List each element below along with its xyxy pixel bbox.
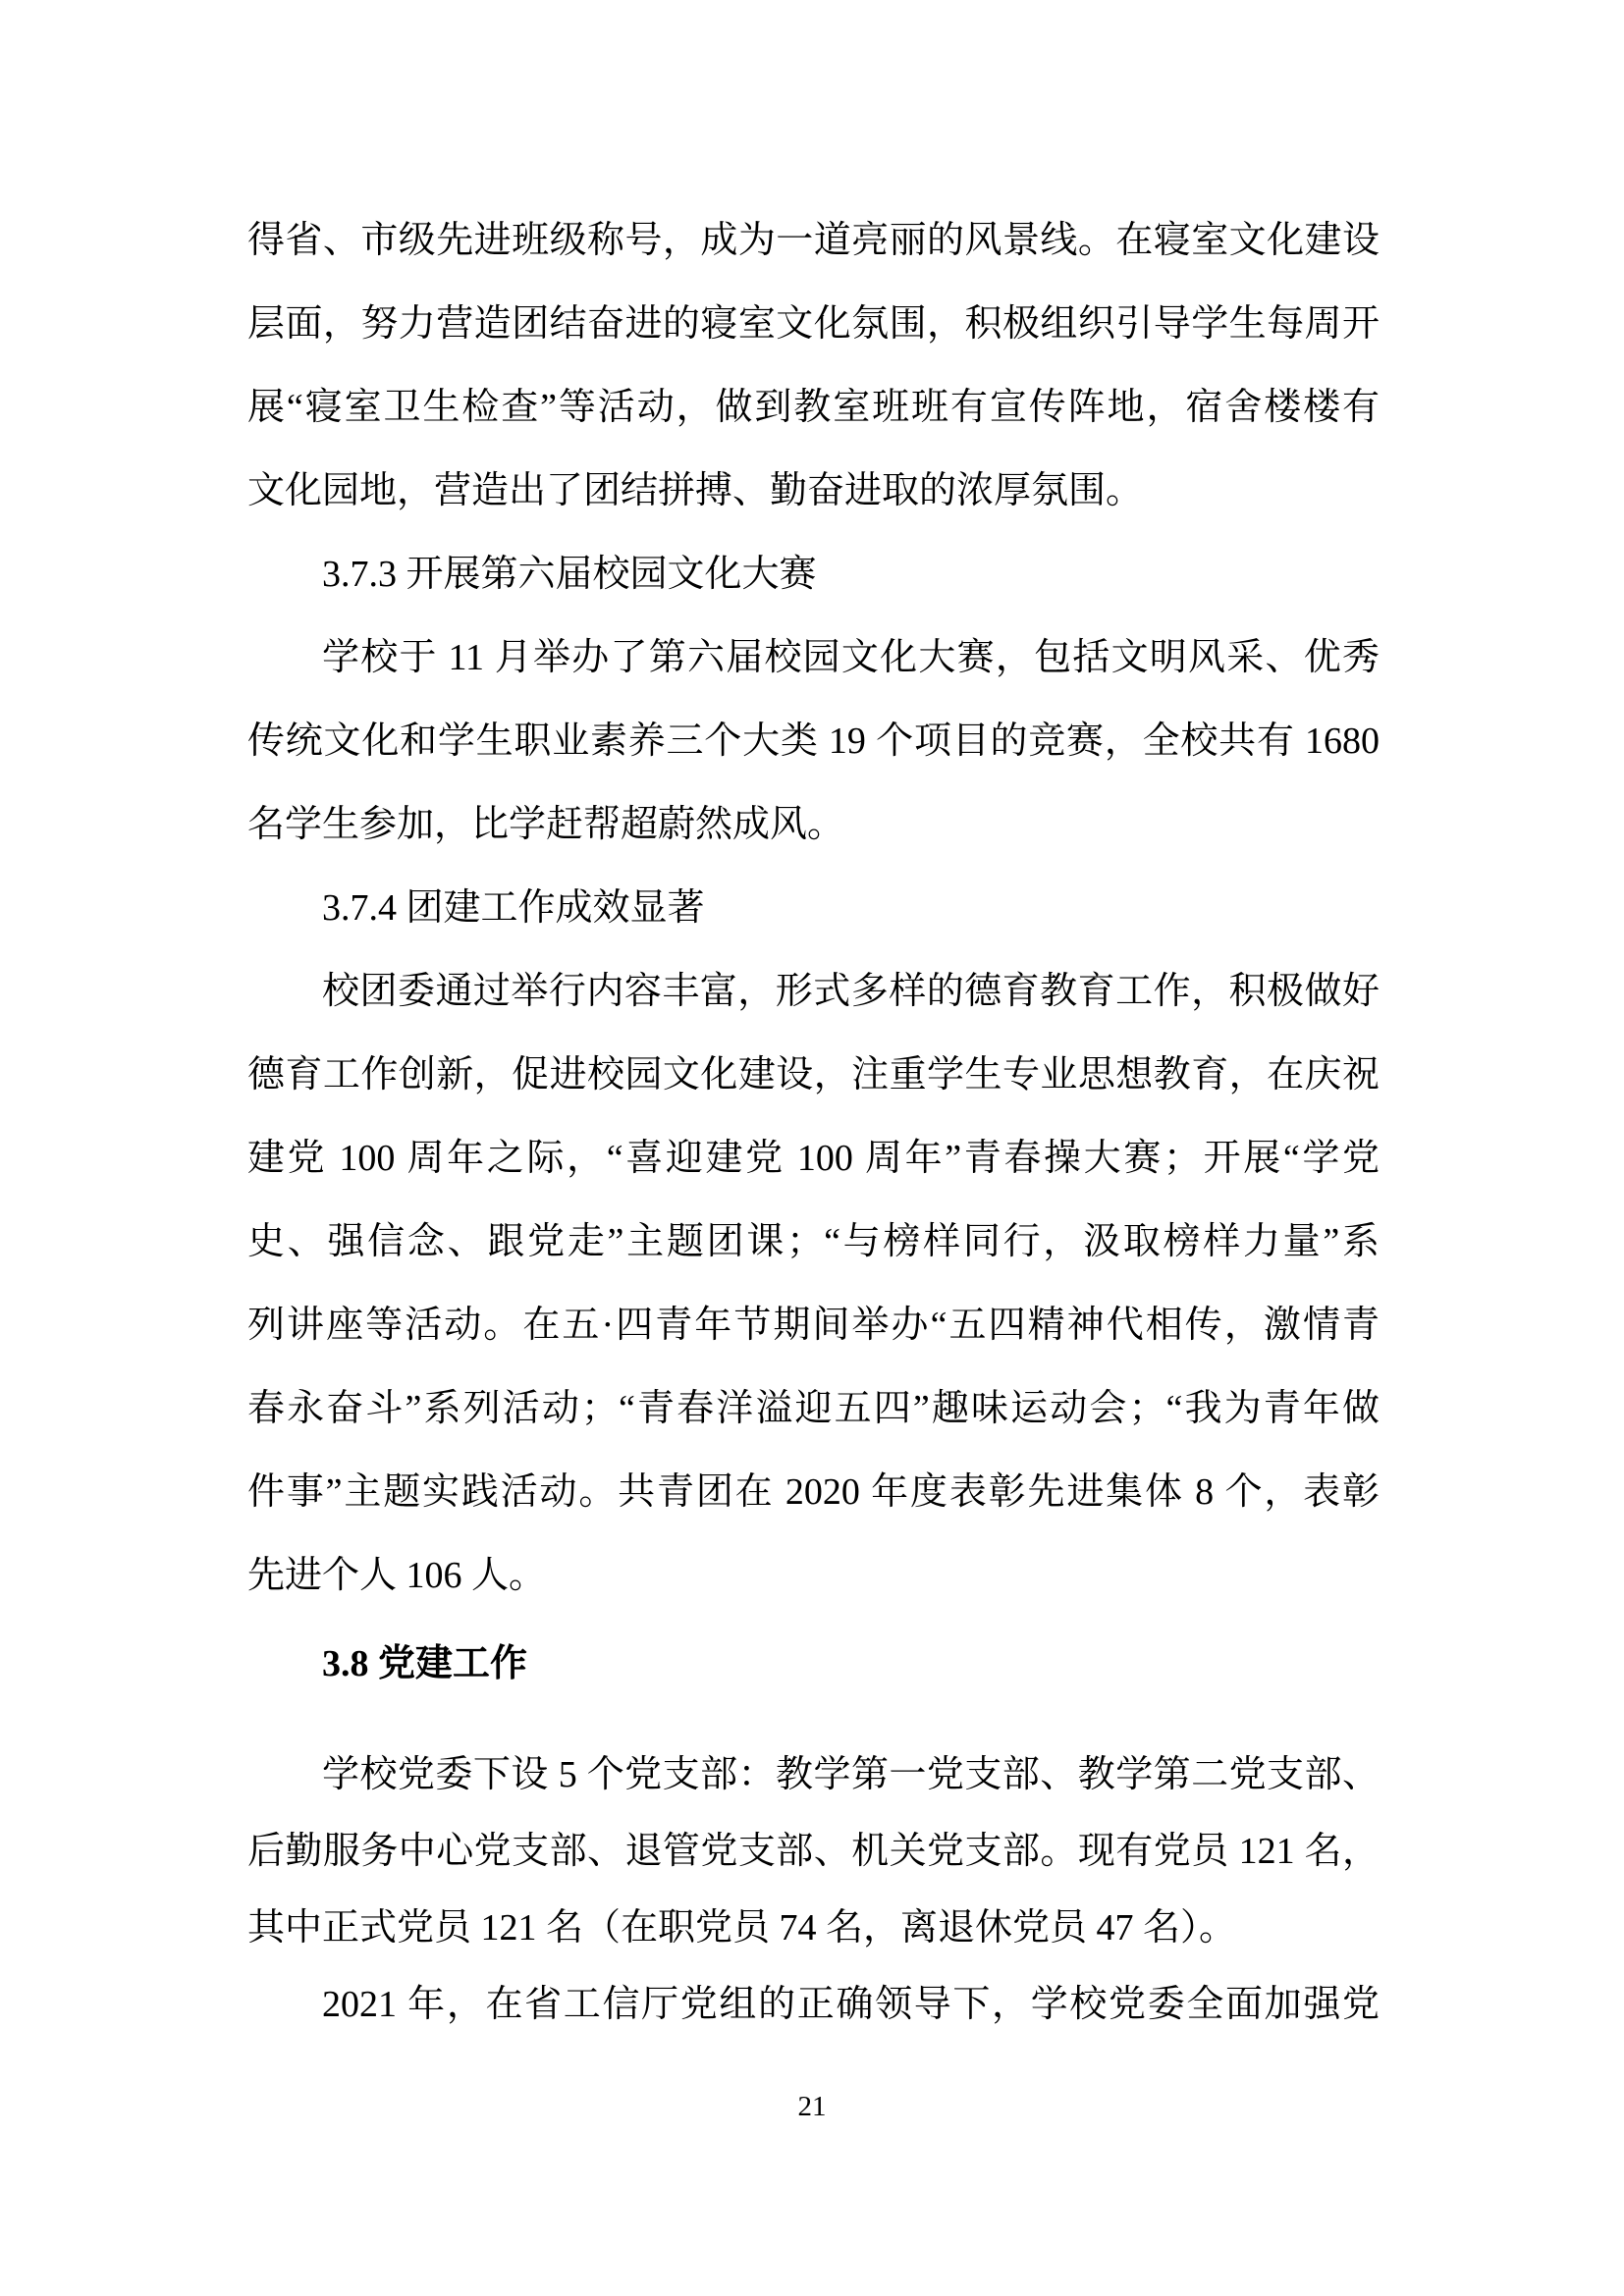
paragraph-line: 建党 100 周年之际，“喜迎建党 100 周年”青春操大赛；开展“学党 [247,1117,1380,1201]
paragraph-line: 名学生参加，比学赶帮超蔚然成风。 [247,783,1380,867]
section-3-7: 得省、市级先进班级称号，成为一道亮丽的风景线。在寝室文化建设 层面，努力营造团结… [247,199,1380,1618]
paragraph-line: 学校党委下设 5 个党支部：教学第一党支部、教学第二党支部、 [247,1736,1380,1813]
paragraph-line: 展“寝室卫生检查”等活动，做到教室班班有宣传阵地，宿舍楼楼有 [247,366,1380,450]
paragraph-line: 件事”主题实践活动。共青团在 2020 年度表彰先进集体 8 个，表彰 [247,1451,1380,1534]
page-body: 得省、市级先进班级称号，成为一道亮丽的风景线。在寝室文化建设 层面，努力营造团结… [247,199,1380,2043]
paragraph-line: 后勤服务中心党支部、退管党支部、机关党支部。现有党员 121 名， [247,1813,1380,1890]
paragraph-line: 传统文化和学生职业素养三个大类 19 个项目的竞赛，全校共有 1680 [247,700,1380,783]
paragraph-line: 学校于 11 月举办了第六届校园文化大赛，包括文明风采、优秀 [247,616,1380,700]
page-number: 21 [0,2087,1624,2126]
paragraph-line: 春永奋斗”系列活动；“青春洋溢迎五四”趣味运动会；“我为青年做 [247,1367,1380,1451]
section-3-8: 学校党委下设 5 个党支部：教学第一党支部、教学第二党支部、 后勤服务中心党支部… [247,1736,1380,2043]
heading-3-7-3: 3.7.3 开展第六届校园文化大赛 [247,533,1380,616]
paragraph-line: 德育工作创新，促进校园文化建设，注重学生专业思想教育，在庆祝 [247,1034,1380,1117]
heading-3-8: 3.8 党建工作 [247,1623,1380,1706]
document-page: 得省、市级先进班级称号，成为一道亮丽的风景线。在寝室文化建设 层面，努力营造团结… [0,0,1624,2296]
paragraph-line: 先进个人 106 人。 [247,1534,1380,1618]
paragraph-line: 校团委通过举行内容丰富，形式多样的德育教育工作，积极做好 [247,950,1380,1034]
paragraph-line: 2021 年，在省工信厅党组的正确领导下，学校党委全面加强党 [247,1966,1380,2043]
paragraph-line: 得省、市级先进班级称号，成为一道亮丽的风景线。在寝室文化建设 [247,199,1380,283]
paragraph-line: 文化园地，营造出了团结拼搏、勤奋进取的浓厚氛围。 [247,450,1380,533]
heading-3-7-4: 3.7.4 团建工作成效显著 [247,867,1380,950]
paragraph-line: 史、强信念、跟党走”主题团课；“与榜样同行，汲取榜样力量”系 [247,1201,1380,1284]
paragraph-line: 层面，努力营造团结奋进的寝室文化氛围，积极组织引导学生每周开 [247,283,1380,366]
paragraph-line: 其中正式党员 121 名（在职党员 74 名，离退休党员 47 名）。 [247,1890,1380,1966]
paragraph-line: 列讲座等活动。在五·四青年节期间举办“五四精神代相传，激情青 [247,1284,1380,1367]
